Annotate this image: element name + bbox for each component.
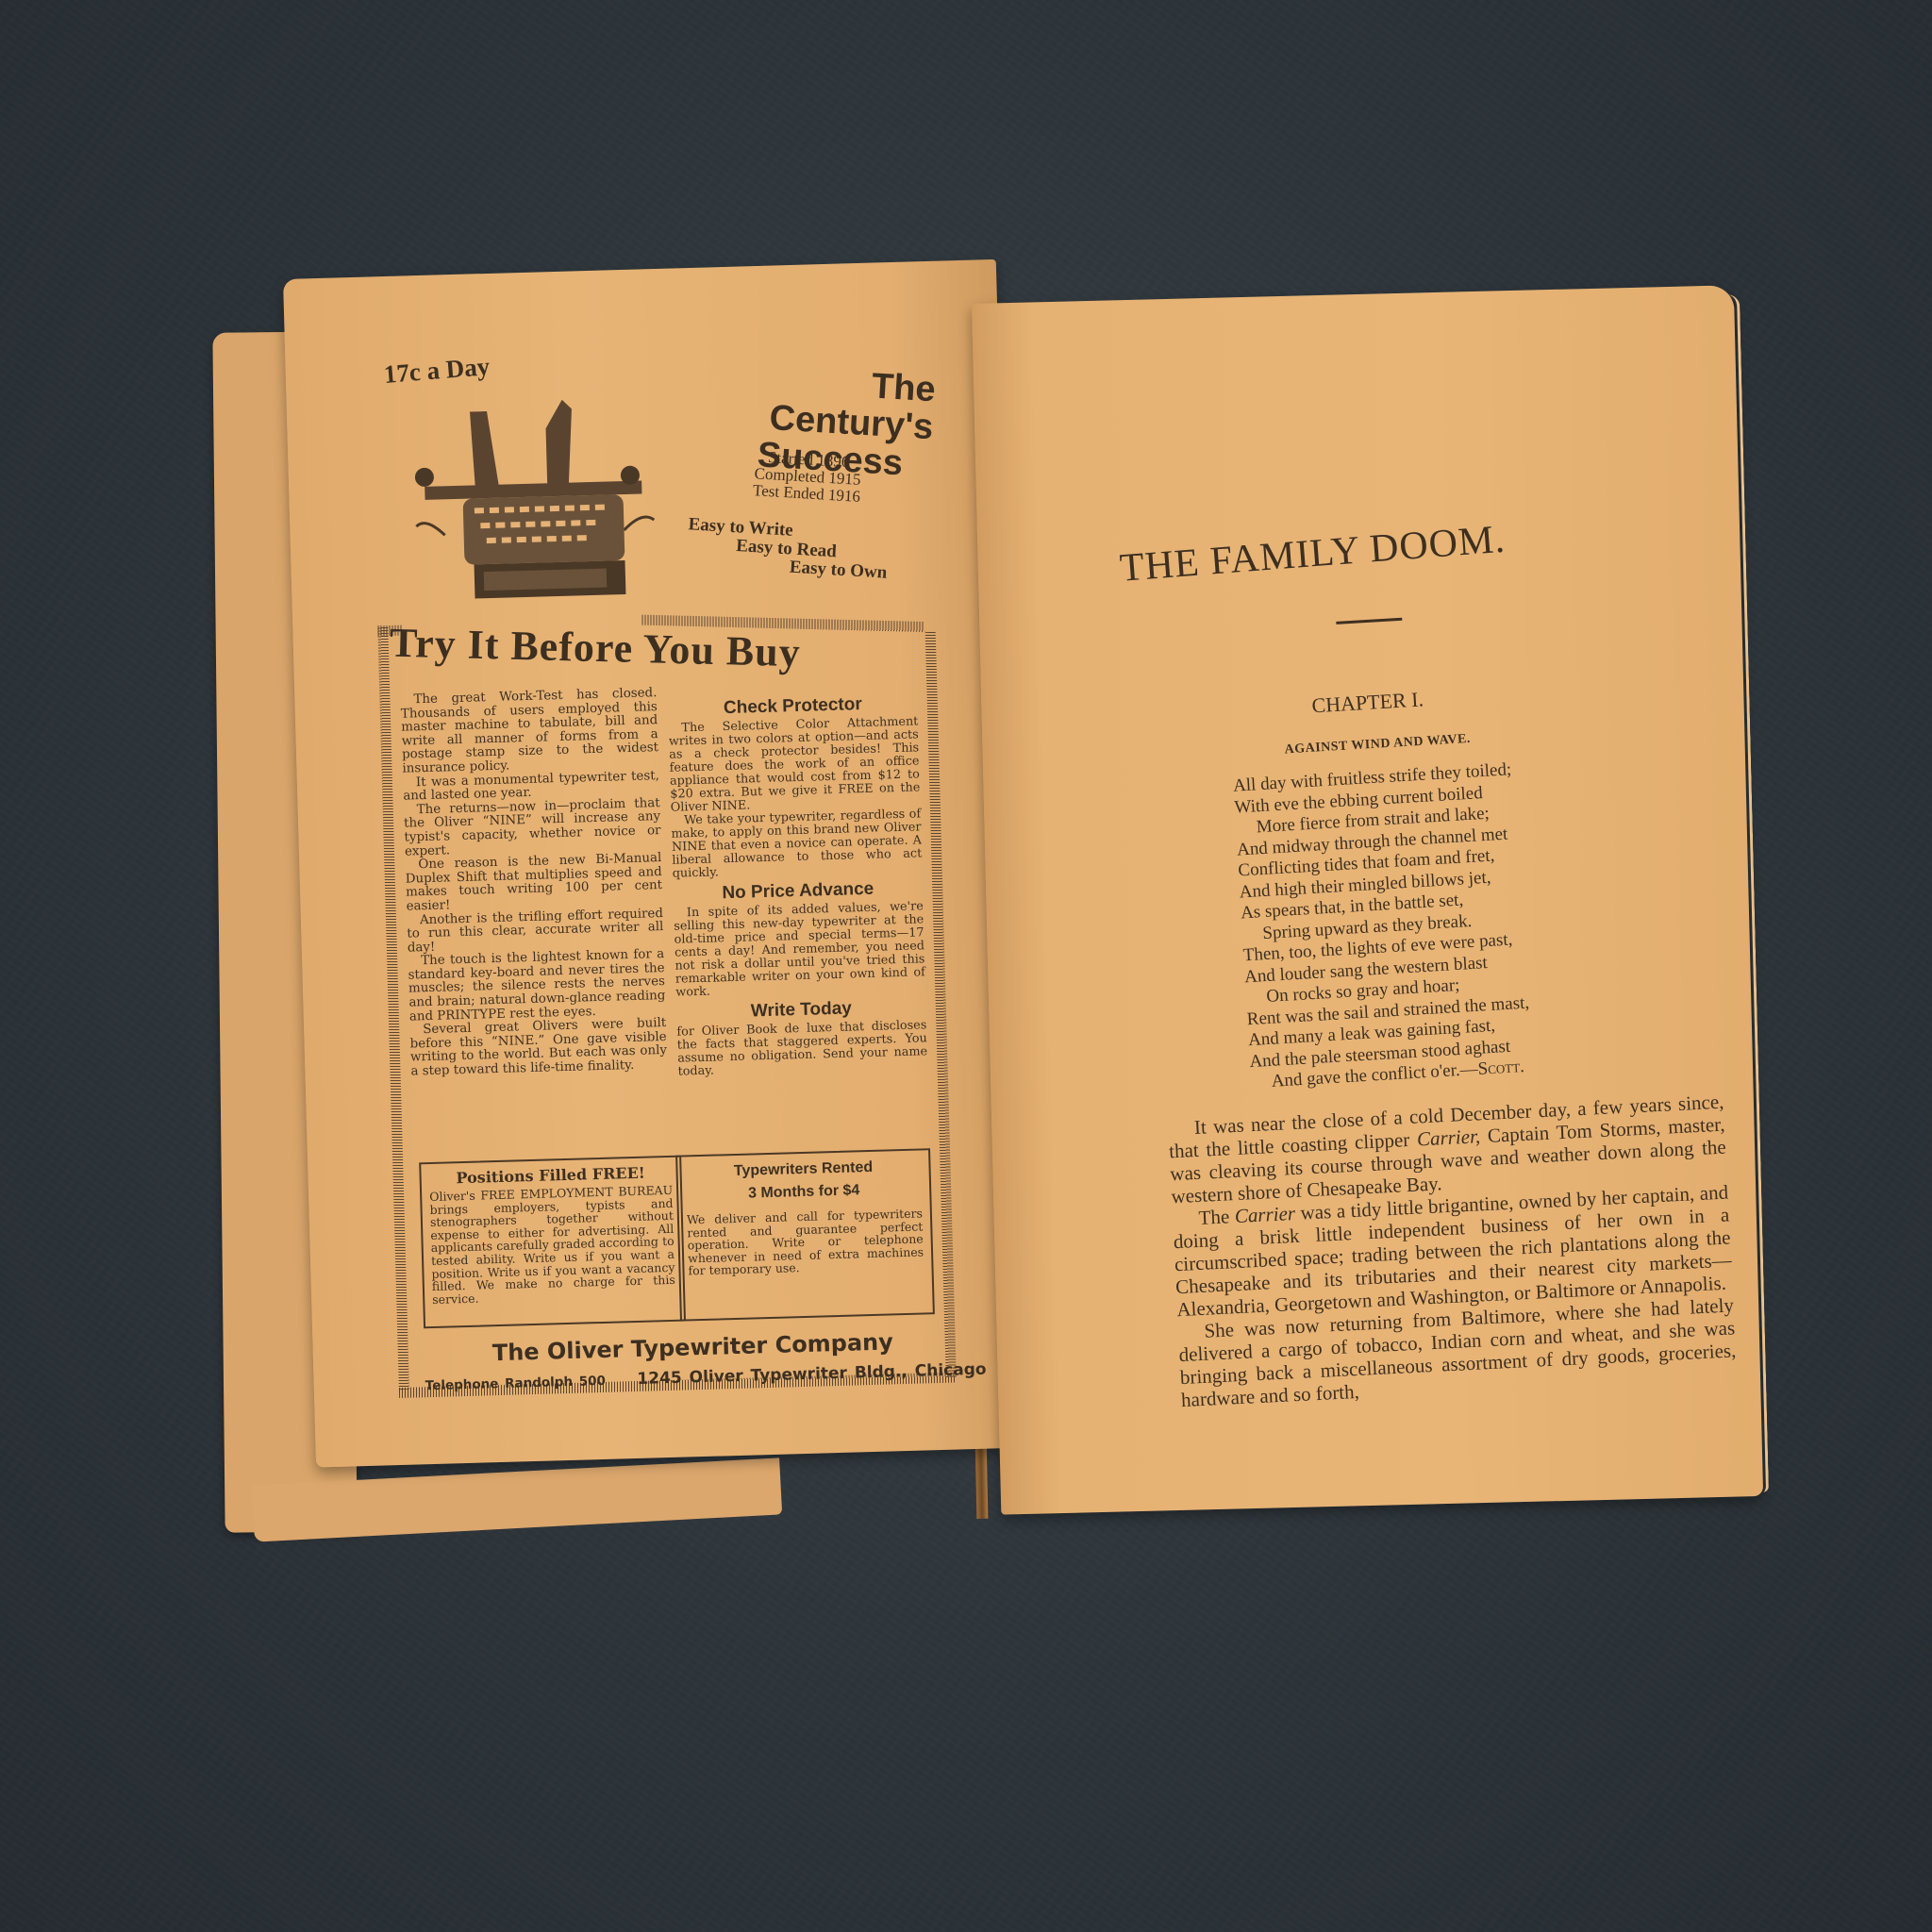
open-booklet: 17c a Day [0, 0, 1932, 1932]
typewriters-rented-box: Typewriters Rented 3 Months for $4 We de… [675, 1148, 935, 1321]
ad-left-column: The great Work-Test has closed. Thousand… [400, 687, 667, 1079]
ad-paragraph: for Oliver Book de luxe that discloses t… [676, 1019, 927, 1078]
rentals-price: 3 Months for $4 [686, 1180, 922, 1204]
positions-filled-box: Positions Filled FREE! Oliver's FREE EMP… [419, 1156, 686, 1329]
chapter-number: CHAPTER I. [1311, 687, 1424, 718]
ad-paragraph: The touch is the lightest known for a st… [408, 948, 666, 1024]
poem-attribution: Scott. [1477, 1057, 1524, 1079]
price-tag: 17c a Day [383, 352, 491, 390]
right-page-story: THE FAMILY DOOM. CHAPTER I. AGAINST WIND… [972, 285, 1763, 1514]
left-page-advertisement: 17c a Day [283, 259, 1029, 1468]
ad-paragraph: Several great Olivers were built before … [409, 1017, 668, 1079]
ship-name: Carrier [1234, 1202, 1295, 1227]
ad-paragraph: The great Work-Test has closed. Thousand… [400, 687, 658, 776]
book-title: THE FAMILY DOOM. [1118, 517, 1507, 591]
story-text: THE FAMILY DOOM. CHAPTER I. AGAINST WIND… [1028, 286, 1689, 302]
ad-paragraph: The Selective Color Attachment writes in… [668, 715, 921, 814]
title-rule [1336, 618, 1402, 625]
positions-body: Oliver's FREE EMPLOYMENT BUREAU brings e… [429, 1184, 675, 1306]
oliver-ad: 17c a Day [322, 306, 1003, 1418]
rentals-heading: Typewriters Rented [685, 1158, 921, 1181]
ad-paragraph: We take your typewriter, regardless of m… [671, 808, 923, 880]
ship-name: Carrier, [1416, 1124, 1480, 1150]
company-name: The Oliver Typewriter Company [491, 1328, 893, 1366]
ad-dates: Started 1896 Completed 1915 Test Ended 1… [731, 447, 885, 507]
headline-line-1: The Century's [706, 358, 936, 446]
chapter-title: AGAINST WIND AND WAVE. [1284, 732, 1471, 758]
try-before-you-buy-banner: Try It Before You Buy [389, 619, 801, 677]
typewriter-illustration-icon [403, 388, 663, 611]
epigraph-poem: All day with fruitless strife they toile… [1233, 759, 1534, 1094]
ad-paragraph: In spite of its added values, we're sell… [674, 900, 926, 999]
tagline-own: Easy to Own [789, 558, 888, 584]
ad-paragraph: One reason is the new Bi-Manual Duplex S… [405, 852, 663, 914]
chapter-body: It was near the close of a cold December… [1167, 1091, 1738, 1411]
rentals-body: We deliver and call for typewriters rent… [687, 1207, 924, 1277]
ad-paragraph: The returns—now in—proclaim that the Oli… [404, 797, 662, 859]
ad-right-column: Check Protector The Selective Color Atta… [667, 689, 927, 1078]
text-run: The [1198, 1205, 1235, 1229]
